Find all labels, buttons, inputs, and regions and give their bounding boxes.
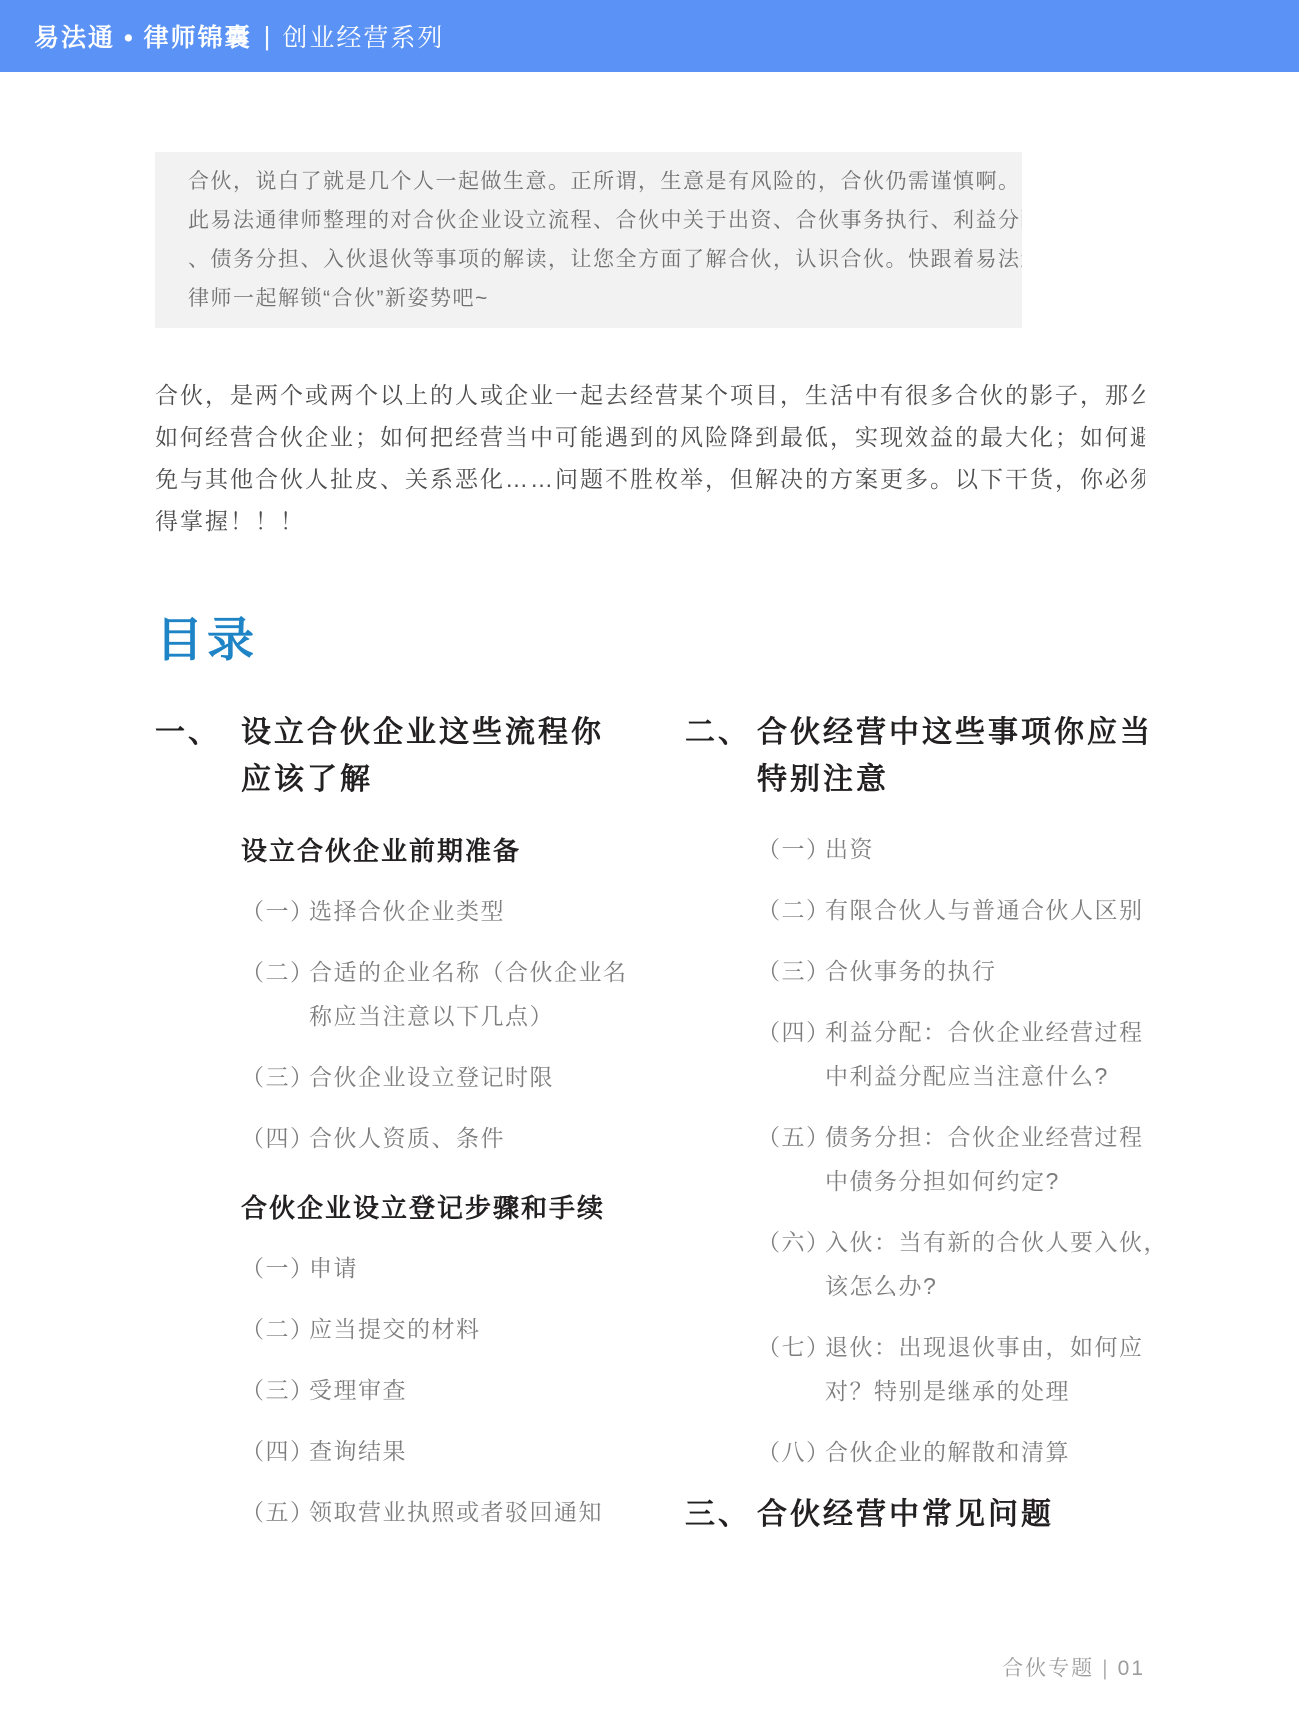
toc-item-list: （一） 选择合伙企业类型 （二） 合适的企业名称（合伙企业名 称应当注意以下几点… (241, 889, 685, 1160)
toc-column-left: 一、 设立合伙企业这些流程你 应该了解 设立合伙企业前期准备 （一） 选择合伙企… (155, 709, 685, 1551)
toc-section-1-heading: 一、 设立合伙企业这些流程你 应该了解 (155, 709, 685, 803)
item-text-line: 领取营业执照或者驳回通知 (309, 1490, 603, 1534)
item-text-line: 中利益分配应当注意什么? (825, 1054, 1144, 1098)
item-number: （三） (757, 949, 825, 993)
item-text-line: 该怎么办? (825, 1264, 1168, 1308)
toc-item: （二） 有限合伙人与普通合伙人区别 (757, 888, 1145, 932)
footer-divider: | (1102, 1657, 1109, 1680)
lead-paragraph: 合伙，是两个或两个以上的人或企业一起去经营某个项目，生活中有很多合伙的影子，那么… (155, 374, 1145, 542)
item-text: 有限合伙人与普通合伙人区别 (825, 888, 1144, 932)
brand-title: 易法通 • 律师锦囊 (34, 18, 252, 54)
item-number: （二） (241, 1307, 309, 1351)
item-text-line: 对？特别是继承的处理 (825, 1369, 1144, 1413)
section-title-line: 应该了解 (241, 756, 604, 803)
item-text: 合伙企业的解散和清算 (825, 1430, 1070, 1474)
item-text-line: 利益分配：合伙企业经营过程 (825, 1010, 1144, 1054)
toc-item: （三） 受理审查 (241, 1368, 685, 1412)
item-text: 选择合伙企业类型 (309, 889, 505, 933)
item-text-line: 出资 (825, 827, 874, 871)
item-text-line: 入伙：当有新的合伙人要入伙， (825, 1220, 1168, 1264)
toc-section-1-body: 设立合伙企业前期准备 （一） 选择合伙企业类型 （二） 合适的企业名称（合伙企业… (155, 833, 685, 1534)
toc-item: （八） 合伙企业的解散和清算 (757, 1430, 1145, 1474)
item-text: 利益分配：合伙企业经营过程 中利益分配应当注意什么? (825, 1010, 1144, 1098)
section-number: 二、 (685, 709, 757, 803)
toc-section-3-heading: 三、 合伙经营中常见问题 (685, 1491, 1145, 1538)
item-number: （五） (241, 1490, 309, 1534)
item-text-line: 查询结果 (309, 1429, 407, 1473)
footer-page-number: 01 (1118, 1657, 1145, 1680)
footer-topic: 合伙专题 (1002, 1657, 1094, 1680)
toc-item-list: （一） 申请 （二） 应当提交的材料 （三） 受理审查 (241, 1246, 685, 1534)
section-title: 设立合伙企业这些流程你 应该了解 (241, 709, 604, 803)
item-text: 出资 (825, 827, 874, 871)
item-number: （一） (241, 1246, 309, 1290)
item-text: 债务分担：合伙企业经营过程 中债务分担如何约定? (825, 1115, 1144, 1203)
intro-line: 合伙，说白了就是几个人一起做生意。正所谓，生意是有风险的，合伙仍需谨慎啊。因 (188, 162, 989, 201)
toc-item: （五） 领取营业执照或者驳回通知 (241, 1490, 685, 1534)
toc-item: （二） 合适的企业名称（合伙企业名 称应当注意以下几点） (241, 950, 685, 1038)
item-text: 查询结果 (309, 1429, 407, 1473)
toc-item: （四） 合伙人资质、条件 (241, 1116, 685, 1160)
item-number: （六） (757, 1220, 825, 1308)
item-number: （三） (241, 1055, 309, 1099)
item-number: （二） (757, 888, 825, 932)
item-text-line: 有限合伙人与普通合伙人区别 (825, 888, 1144, 932)
item-text-line: 合适的企业名称（合伙企业名 (309, 950, 628, 994)
item-text-line: 合伙企业的解散和清算 (825, 1430, 1070, 1474)
toc-column-right: 二、 合伙经营中这些事项你应当 特别注意 （一） 出资 （二） 有限合伙人与普通… (685, 709, 1145, 1551)
item-text: 合伙人资质、条件 (309, 1116, 505, 1160)
series-title: 创业经营系列 (282, 18, 444, 54)
item-text: 退伙：出现退伙事由，如何应 对？特别是继承的处理 (825, 1325, 1144, 1413)
item-text: 合适的企业名称（合伙企业名 称应当注意以下几点） (309, 950, 628, 1038)
toc-item: （七） 退伙：出现退伙事由，如何应 对？特别是继承的处理 (757, 1325, 1145, 1413)
intro-line: 、债务分担、入伙退伙等事项的解读，让您全方面了解合伙，认识合伙。快跟着易法通 (188, 240, 989, 279)
section-number: 三、 (685, 1491, 757, 1538)
section-title-line: 设立合伙企业这些流程你 (241, 709, 604, 756)
item-number: （一） (241, 889, 309, 933)
toc-item: （一） 选择合伙企业类型 (241, 889, 685, 933)
item-text-line: 合伙人资质、条件 (309, 1116, 505, 1160)
intro-box: 合伙，说白了就是几个人一起做生意。正所谓，生意是有风险的，合伙仍需谨慎啊。因 此… (155, 152, 1022, 328)
item-text-line: 合伙企业设立登记时限 (309, 1055, 554, 1099)
item-text-line: 债务分担：合伙企业经营过程 (825, 1115, 1144, 1159)
lead-line: 如何经营合伙企业；如何把经营当中可能遇到的风险降到最低，实现效益的最大化；如何避 (155, 416, 1145, 458)
toc-item: （一） 申请 (241, 1246, 685, 1290)
toc-title: 目录 (156, 614, 1299, 666)
item-text-line: 称应当注意以下几点） (309, 994, 628, 1038)
section-title-line: 合伙经营中这些事项你应当 (757, 709, 1153, 756)
item-number: （一） (757, 827, 825, 871)
lead-line: 免与其他合伙人扯皮、关系恶化……问题不胜枚举，但解决的方案更多。以下干货，你必须 (155, 458, 1145, 500)
item-text-line: 受理审查 (309, 1368, 407, 1412)
section-title-line: 合伙经营中常见问题 (757, 1491, 1054, 1538)
lead-line: 合伙，是两个或两个以上的人或企业一起去经营某个项目，生活中有很多合伙的影子，那么 (155, 374, 1145, 416)
toc-item: （五） 债务分担：合伙企业经营过程 中债务分担如何约定? (757, 1115, 1145, 1203)
item-text: 入伙：当有新的合伙人要入伙， 该怎么办? (825, 1220, 1168, 1308)
item-text: 应当提交的材料 (309, 1307, 481, 1351)
item-text-line: 退伙：出现退伙事由，如何应 (825, 1325, 1144, 1369)
toc-columns: 一、 设立合伙企业这些流程你 应该了解 设立合伙企业前期准备 （一） 选择合伙企… (155, 709, 1299, 1551)
item-text: 申请 (309, 1246, 358, 1290)
toc-item-list: （一） 出资 （二） 有限合伙人与普通合伙人区别 （三） 合伙事务的执行 (757, 827, 1145, 1474)
intro-line: 律师一起解锁“合伙”新姿势吧~ (188, 279, 989, 318)
intro-line: 此易法通律师整理的对合伙企业设立流程、合伙中关于出资、合伙事务执行、利益分配 (188, 201, 989, 240)
header-divider: | (264, 21, 271, 52)
toc-subtitle: 设立合伙企业前期准备 (241, 833, 685, 869)
item-text: 合伙事务的执行 (825, 949, 997, 993)
toc-section-2-body: （一） 出资 （二） 有限合伙人与普通合伙人区别 （三） 合伙事务的执行 (685, 827, 1145, 1474)
item-text-line: 中债务分担如何约定? (825, 1159, 1144, 1203)
item-text-line: 合伙事务的执行 (825, 949, 997, 993)
item-number: （四） (241, 1116, 309, 1160)
item-number: （四） (241, 1429, 309, 1473)
item-text-line: 申请 (309, 1246, 358, 1290)
item-text: 合伙企业设立登记时限 (309, 1055, 554, 1099)
toc-item: （三） 合伙企业设立登记时限 (241, 1055, 685, 1099)
item-text: 领取营业执照或者驳回通知 (309, 1490, 603, 1534)
item-number: （八） (757, 1430, 825, 1474)
item-number: （五） (757, 1115, 825, 1203)
item-number: （二） (241, 950, 309, 1038)
page-footer: 合伙专题|01 (1002, 1652, 1145, 1682)
lead-line: 得掌握！！！ (155, 500, 1145, 542)
toc-section-2-heading: 二、 合伙经营中这些事项你应当 特别注意 (685, 709, 1145, 803)
toc-item: （一） 出资 (757, 827, 1145, 871)
item-number: （四） (757, 1010, 825, 1098)
section-title-line: 特别注意 (757, 756, 1153, 803)
section-number: 一、 (155, 709, 241, 803)
section-title: 合伙经营中这些事项你应当 特别注意 (757, 709, 1153, 803)
toc-item: （四） 查询结果 (241, 1429, 685, 1473)
toc-item: （六） 入伙：当有新的合伙人要入伙， 该怎么办? (757, 1220, 1145, 1308)
item-number: （三） (241, 1368, 309, 1412)
item-number: （七） (757, 1325, 825, 1413)
toc-item: （二） 应当提交的材料 (241, 1307, 685, 1351)
item-text-line: 选择合伙企业类型 (309, 889, 505, 933)
item-text: 受理审查 (309, 1368, 407, 1412)
toc-subtitle: 合伙企业设立登记步骤和手续 (241, 1190, 685, 1226)
section-title: 合伙经营中常见问题 (757, 1491, 1054, 1538)
toc-item: （四） 利益分配：合伙企业经营过程 中利益分配应当注意什么? (757, 1010, 1145, 1098)
toc-item: （三） 合伙事务的执行 (757, 949, 1145, 993)
item-text-line: 应当提交的材料 (309, 1307, 481, 1351)
header-bar: 易法通 • 律师锦囊 | 创业经营系列 (0, 0, 1299, 72)
